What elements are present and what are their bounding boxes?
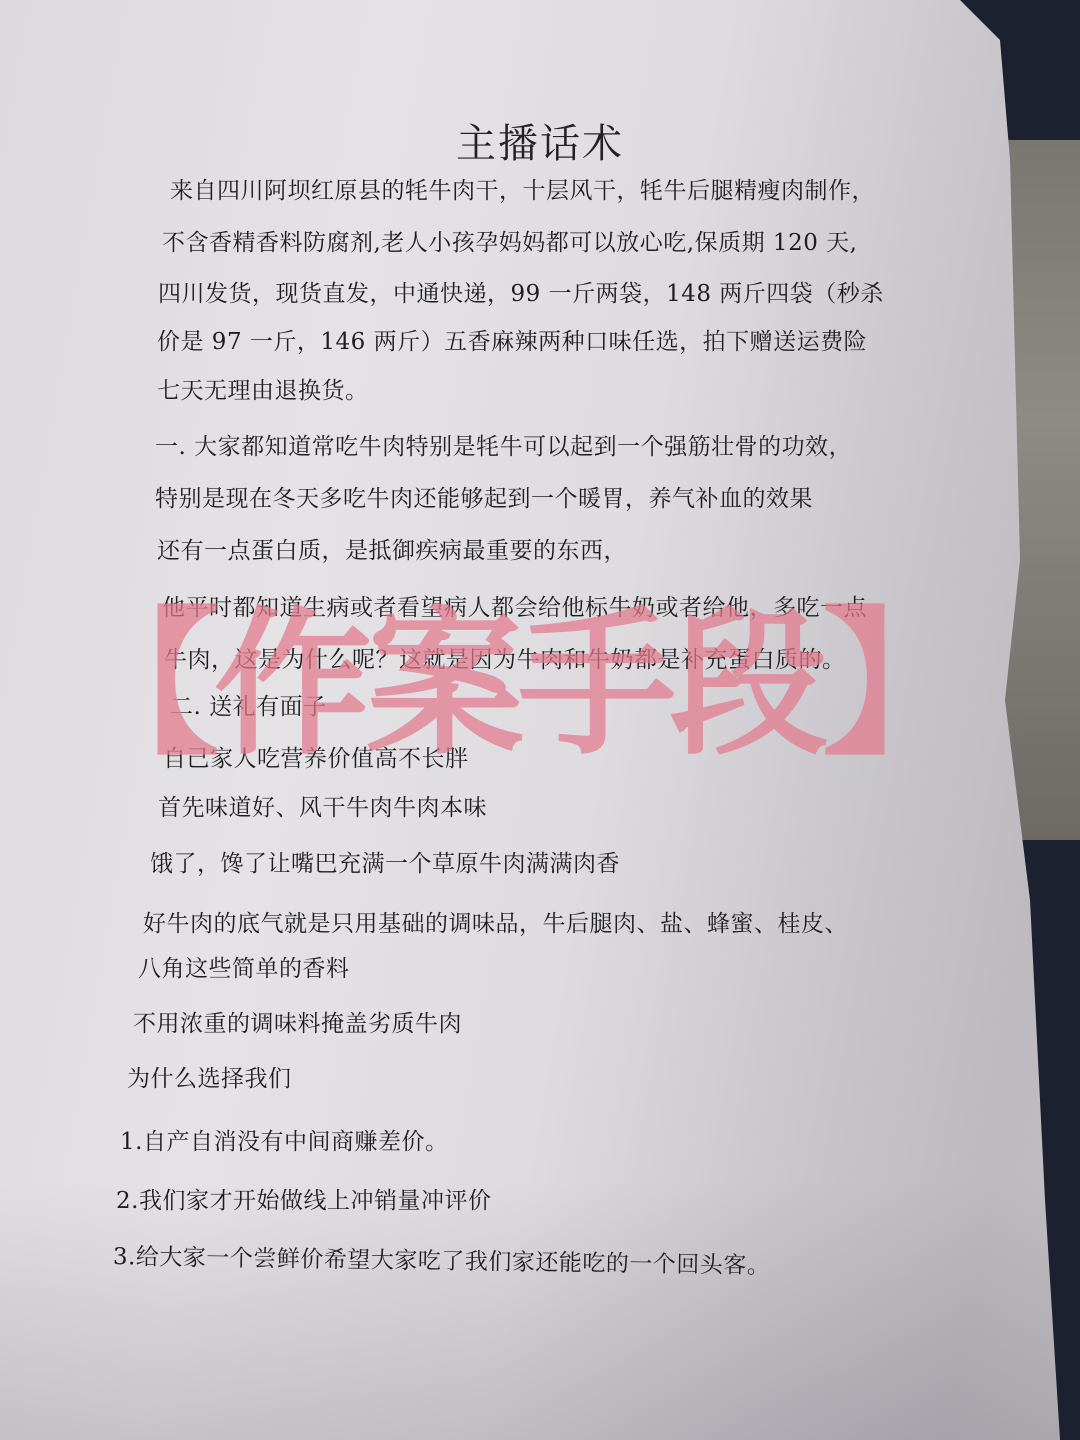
intro-line-2: 不含香精香料防腐剂,老人小孩孕妈妈都可以放心吃,保质期 120 天, (162, 224, 857, 257)
section-two-line-6: 不用浓重的调味料掩盖劣质牛肉 (133, 1005, 462, 1038)
section-two-heading: 二. 送礼有面子 (170, 688, 327, 721)
section-two-line-2: 首先味道好、风干牛肉牛肉本味 (158, 789, 487, 822)
intro-line-3: 四川发货，现货直发，中通快递，99 一斤两袋，148 两斤四袋（秒杀 (158, 275, 884, 308)
section-one-line-3: 还有一点蛋白质，是抵御疾病最重要的东西， (157, 532, 627, 565)
document-title: 主播话术 (0, 112, 1080, 169)
paper-sheet: 主播话术 来自四川阿坝红原县的牦牛肉干，十层风干，牦牛后腿精瘦肉制作， 不含香精… (0, 0, 1080, 1440)
section-two-line-1: 自己家人吃营养价值高不长胖 (163, 740, 469, 773)
why-us-heading: 为什么选择我们 (127, 1060, 292, 1093)
intro-line-1: 来自四川阿坝红原县的牦牛肉干，十层风干，牦牛后腿精瘦肉制作， (170, 172, 875, 205)
paper-shadow (0, 1180, 1080, 1440)
section-two-line-5: 八角这些简单的香料 (138, 950, 350, 983)
section-two-line-3: 饿了，馋了让嘴巴充满一个草原牛肉满满肉香 (150, 845, 620, 878)
section-one-line-1: 一. 大家都知道常吃牛肉特别是牦牛可以起到一个强筋壮骨的功效， (155, 428, 852, 461)
section-one-line-5: 牛肉，这是为什么呢？这就是因为牛肉和牛奶都是补充蛋白质的。 (164, 641, 846, 674)
why-us-item-2: 2.我们家才开始做线上冲销量冲评价 (116, 1182, 491, 1215)
section-two-line-4: 好牛肉的底气就是只用基础的调味品，牛后腿肉、盐、蜂蜜、桂皮、 (143, 905, 848, 938)
intro-line-5: 七天无理由退换货。 (157, 372, 369, 405)
section-one-line-2: 特别是现在冬天多吃牛肉还能够起到一个暖胃，养气补血的效果 (155, 480, 813, 513)
why-us-item-1: 1.自产自消没有中间商赚差价。 (120, 1123, 448, 1156)
intro-line-4: 价是 97 一斤，146 两斤）五香麻辣两种口味任选，拍下赠送运费险 (157, 323, 867, 356)
section-one-line-4: 他平时都知道生病或者看望病人都会给他标牛奶或者给他，多吃一点 (162, 589, 867, 622)
